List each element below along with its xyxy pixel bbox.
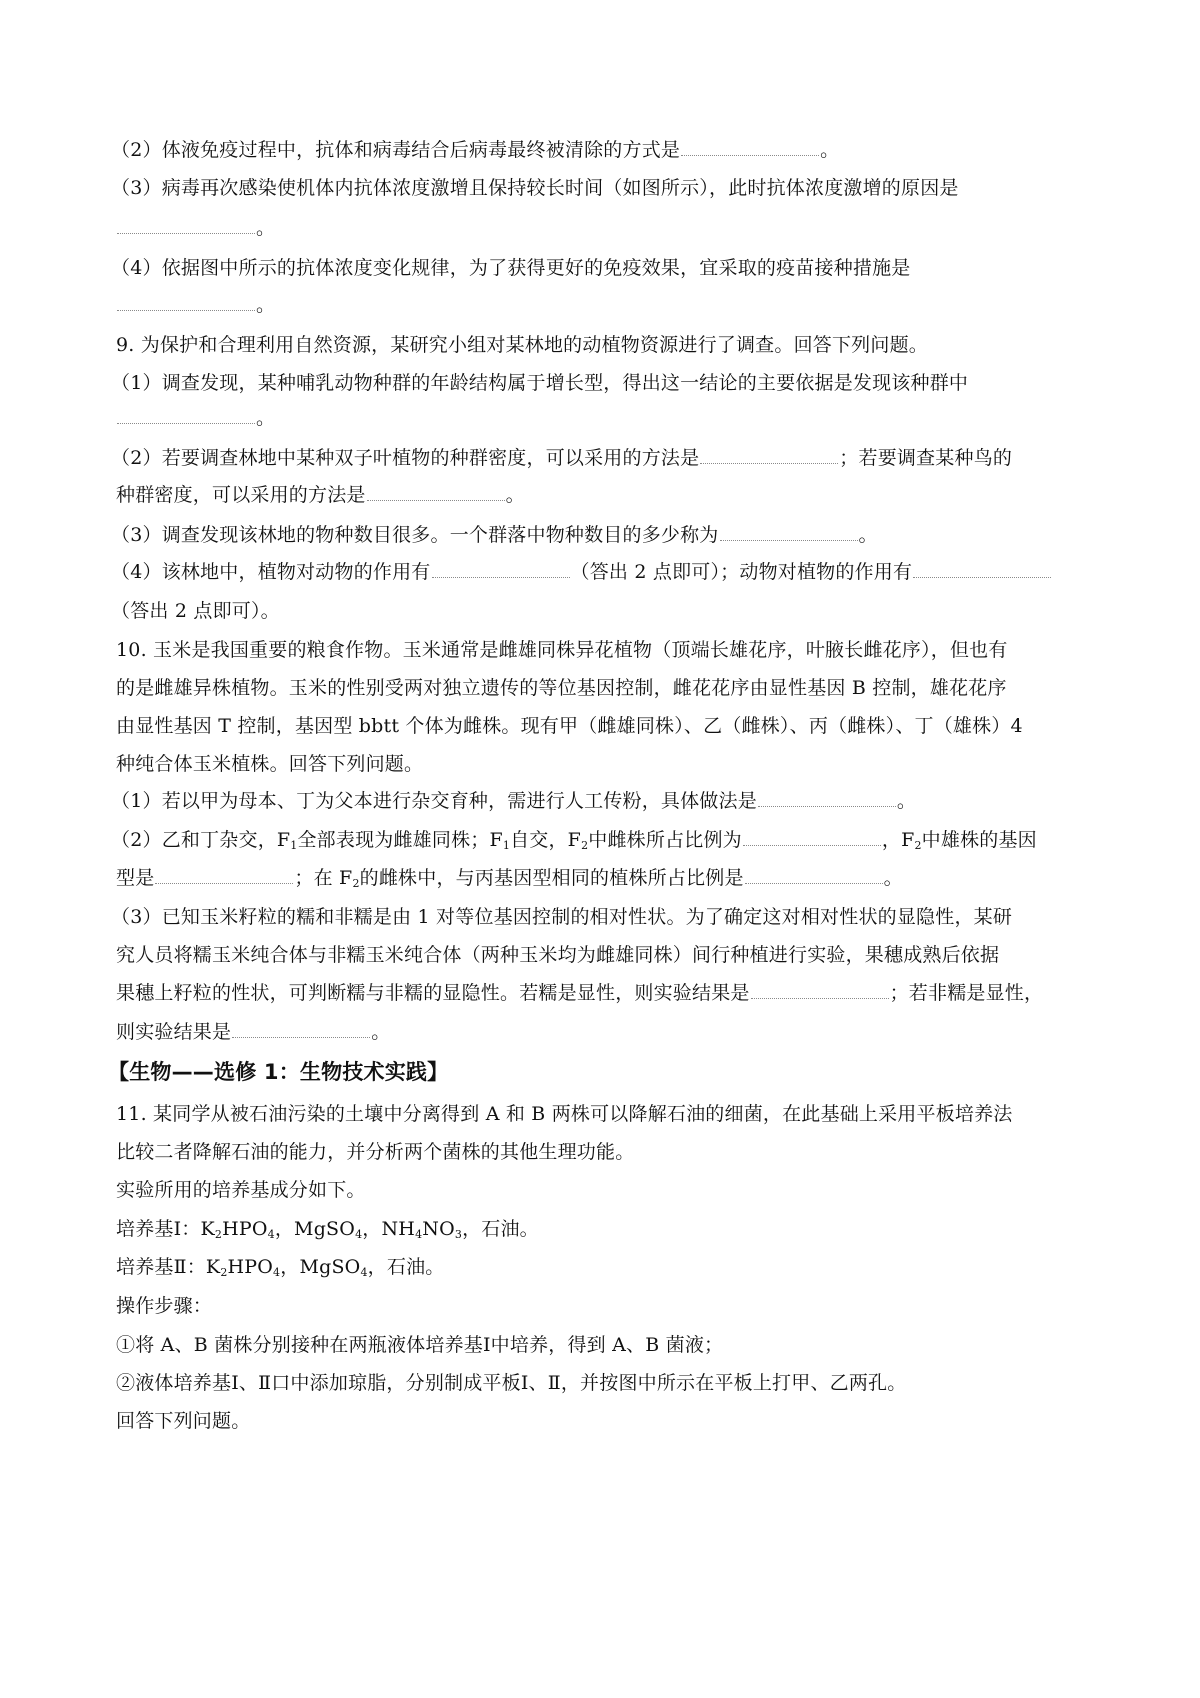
q9-part3-text: （3）调查发现该林地的物种数目很多。一个群落中物种数目的多少称为: [111, 524, 719, 546]
text: 培养基Ⅱ：K: [116, 1256, 220, 1278]
text: 的雌株中，与丙基因型相同的植株所占比例是: [360, 867, 744, 889]
answer-blank[interactable]: [743, 829, 881, 846]
text: （2）乙和丁杂交，F: [111, 829, 290, 851]
period: 。: [256, 294, 275, 316]
text: ；在 F: [294, 867, 352, 889]
subscript: 2: [220, 1266, 227, 1279]
text: ，石油。: [462, 1218, 539, 1240]
q10-stem-line1: 10. 玉米是我国重要的粮食作物。玉米通常是雌雄同株异花植物（顶端长雄花序，叶腋…: [116, 637, 1110, 663]
q10-part2: （2）乙和丁杂交，F1全部表现为雌雄同株；F1自交，F2中雌株所占比例为，F2中…: [111, 827, 1110, 853]
q10-part1-text: （1）若以甲为母本、丁为父本进行杂交育种，需进行人工传粉，具体做法是: [111, 790, 757, 812]
period: 。: [820, 139, 839, 161]
answer-blank[interactable]: [232, 1021, 370, 1038]
q8-part3-text: （3）病毒再次感染使机体内抗体浓度激增且保持较长时间（如图所示），此时抗体浓度激…: [111, 177, 959, 199]
q11-stem-line1: 11. 某同学从被石油污染的土壤中分离得到 A 和 B 两株可以降解石油的细菌，…: [116, 1101, 1110, 1127]
period: 。: [506, 484, 525, 506]
subscript: 2: [352, 877, 359, 890]
q9-part4-cont: （答出 2 点即可）。: [111, 598, 1110, 624]
q8-part4: （4）依据图中所示的抗体浓度变化规律，为了获得更好的免疫效果，宜采取的疫苗接种措…: [111, 255, 1110, 281]
q9-part2-cont: 种群密度，可以采用的方法是。: [116, 482, 1110, 508]
text: ，MgSO: [275, 1218, 355, 1240]
q8-part3: （3）病毒再次感染使机体内抗体浓度激增且保持较长时间（如图所示），此时抗体浓度激…: [111, 175, 1110, 201]
q10-part3-line1: （3）已知玉米籽粒的糯和非糯是由 1 对等位基因控制的相对性状。为了确定这对相对…: [111, 904, 1110, 930]
q11-steps-label: 操作步骤：: [116, 1293, 1110, 1319]
q9-stem: 9. 为保护和合理利用自然资源，某研究小组对某林地的动植物资源进行了调查。回答下…: [116, 332, 1110, 358]
q10-part3-line3: 果穗上籽粒的性状，可判断糯与非糯的显隐性。若糯是显性，则实验结果是；若非糯是显性…: [116, 980, 1110, 1006]
q11-step-1: ①将 A、B 菌株分别接种在两瓶液体培养基Ⅰ中培养，得到 A、B 菌液；: [116, 1332, 1110, 1358]
answer-blank[interactable]: [700, 447, 838, 464]
text: HPO: [222, 1218, 268, 1240]
subscript: 1: [503, 839, 510, 852]
q10-stem-line3: 由显性基因 T 控制，基因型 bbtt 个体为雌株。现有甲（雌雄同株）、乙（雌株…: [116, 713, 1110, 739]
exam-page: （2）体液免疫过程中，抗体和病毒结合后病毒最终被清除的方式是。 （3）病毒再次感…: [0, 0, 1200, 1698]
q11-stem-line2: 比较二者降解石油的能力，并分析两个菌株的其他生理功能。: [116, 1139, 1110, 1165]
answer-blank[interactable]: [758, 790, 896, 807]
period: 。: [884, 867, 903, 889]
text: 自交，F: [510, 829, 581, 851]
text: NO: [422, 1218, 455, 1240]
answer-blank[interactable]: [117, 217, 255, 234]
q9-part4-text-b: （答出 2 点即可）；动物对植物的作用有: [571, 561, 913, 583]
q10-part3-line2: 究人员将糯玉米纯合体与非糯玉米纯合体（两种玉米均为雌雄同株）间行种植进行实验，果…: [116, 942, 1110, 968]
q11-step-2: ②液体培养基Ⅰ、Ⅱ口中添加琼脂，分别制成平板Ⅰ、Ⅱ，并按图中所示在平板上打甲、乙…: [116, 1370, 1110, 1396]
q8-part2-text: （2）体液免疫过程中，抗体和病毒结合后病毒最终被清除的方式是: [111, 139, 680, 161]
text: 培养基Ⅰ：K: [116, 1218, 215, 1240]
text: 型是: [116, 867, 154, 889]
text: 则实验结果是: [116, 1021, 231, 1043]
q8-part4-text: （4）依据图中所示的抗体浓度变化规律，为了获得更好的免疫效果，宜采取的疫苗接种措…: [111, 257, 911, 279]
section-heading: 【生物——选修 1：生物技术实践】: [108, 1059, 1110, 1085]
subscript: 4: [268, 1228, 275, 1241]
q9-part4: （4）该林地中，植物对动物的作用有（答出 2 点即可）；动物对植物的作用有: [111, 559, 1110, 585]
q11-medium-intro: 实验所用的培养基成分如下。: [116, 1177, 1110, 1203]
q9-part3: （3）调查发现该林地的物种数目很多。一个群落中物种数目的多少称为。: [111, 522, 1110, 548]
text: 果穗上籽粒的性状，可判断糯与非糯的显隐性。若糯是显性，则实验结果是: [116, 982, 750, 1004]
answer-blank[interactable]: [432, 561, 570, 578]
subscript: 3: [455, 1228, 462, 1241]
q8-part3-answer: 。: [116, 215, 1110, 241]
subscript: 2: [914, 839, 921, 852]
answer-blank[interactable]: [720, 524, 858, 541]
period: 。: [897, 790, 916, 812]
q11-medium-1: 培养基Ⅰ：K2HPO4，MgSO4，NH4NO3，石油。: [116, 1216, 1110, 1242]
q9-part2: （2）若要调查林地中某种双子叶植物的种群密度，可以采用的方法是；若要调查某种鸟的: [111, 445, 1110, 471]
q8-part4-answer: 。: [116, 292, 1110, 318]
q9-part2-text-a: （2）若要调查林地中某种双子叶植物的种群密度，可以采用的方法是: [111, 447, 699, 469]
q9-part2-text-c: 种群密度，可以采用的方法是: [116, 484, 366, 506]
answer-blank[interactable]: [751, 982, 889, 999]
text: ，F: [882, 829, 915, 851]
text: ，石油。: [368, 1256, 445, 1278]
text: 中雌株所占比例为: [588, 829, 742, 851]
q9-part1-text: （1）调查发现，某种哺乳动物种群的年龄结构属于增长型，得出这一结论的主要依据是发…: [111, 372, 968, 394]
q8-part2: （2）体液免疫过程中，抗体和病毒结合后病毒最终被清除的方式是。: [111, 137, 1110, 163]
period: 。: [859, 524, 878, 546]
text: ，MgSO: [280, 1256, 360, 1278]
answer-blank[interactable]: [745, 867, 883, 884]
q11-closing: 回答下列问题。: [116, 1408, 1110, 1434]
q9-part1: （1）调查发现，某种哺乳动物种群的年龄结构属于增长型，得出这一结论的主要依据是发…: [111, 370, 1110, 396]
answer-blank[interactable]: [117, 294, 255, 311]
answer-blank[interactable]: [681, 139, 819, 156]
text: ，NH: [362, 1218, 415, 1240]
q9-part4-text-a: （4）该林地中，植物对动物的作用有: [111, 561, 431, 583]
q10-part1: （1）若以甲为母本、丁为父本进行杂交育种，需进行人工传粉，具体做法是。: [111, 788, 1110, 814]
q9-part2-text-b: ；若要调查某种鸟的: [839, 447, 1012, 469]
text: HPO: [228, 1256, 274, 1278]
q9-part1-answer: 。: [116, 405, 1110, 431]
answer-blank[interactable]: [155, 867, 293, 884]
period: 。: [371, 1021, 390, 1043]
period: 。: [256, 407, 275, 429]
answer-blank[interactable]: [367, 484, 505, 501]
text: 中雄株的基因: [922, 829, 1037, 851]
q10-part2-cont: 型是；在 F2的雌株中，与丙基因型相同的植株所占比例是。: [116, 865, 1110, 891]
text: 全部表现为雌雄同株；F: [297, 829, 502, 851]
q11-medium-2: 培养基Ⅱ：K2HPO4，MgSO4，石油。: [116, 1254, 1110, 1280]
q10-stem-line4: 种纯合体玉米植株。回答下列问题。: [116, 751, 1110, 777]
text: ；若非糯是显性，: [890, 982, 1044, 1004]
q10-part3-line4: 则实验结果是。: [116, 1019, 1110, 1045]
answer-blank[interactable]: [913, 561, 1051, 578]
q10-stem-line2: 的是雌雄异株植物。玉米的性别受两对独立遗传的等位基因控制，雌花花序由显性基因 B…: [116, 675, 1110, 701]
answer-blank[interactable]: [117, 407, 255, 424]
subscript: 4: [360, 1266, 367, 1279]
period: 。: [256, 217, 275, 239]
